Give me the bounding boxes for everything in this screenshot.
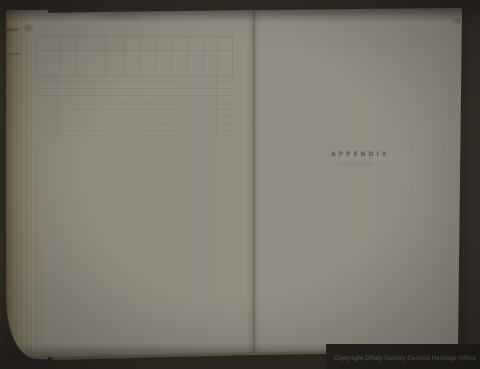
scanner-background-vignette	[0, 0, 480, 369]
archival-book-scan: APPENDIX Copyright Offaly County Council…	[0, 0, 480, 369]
